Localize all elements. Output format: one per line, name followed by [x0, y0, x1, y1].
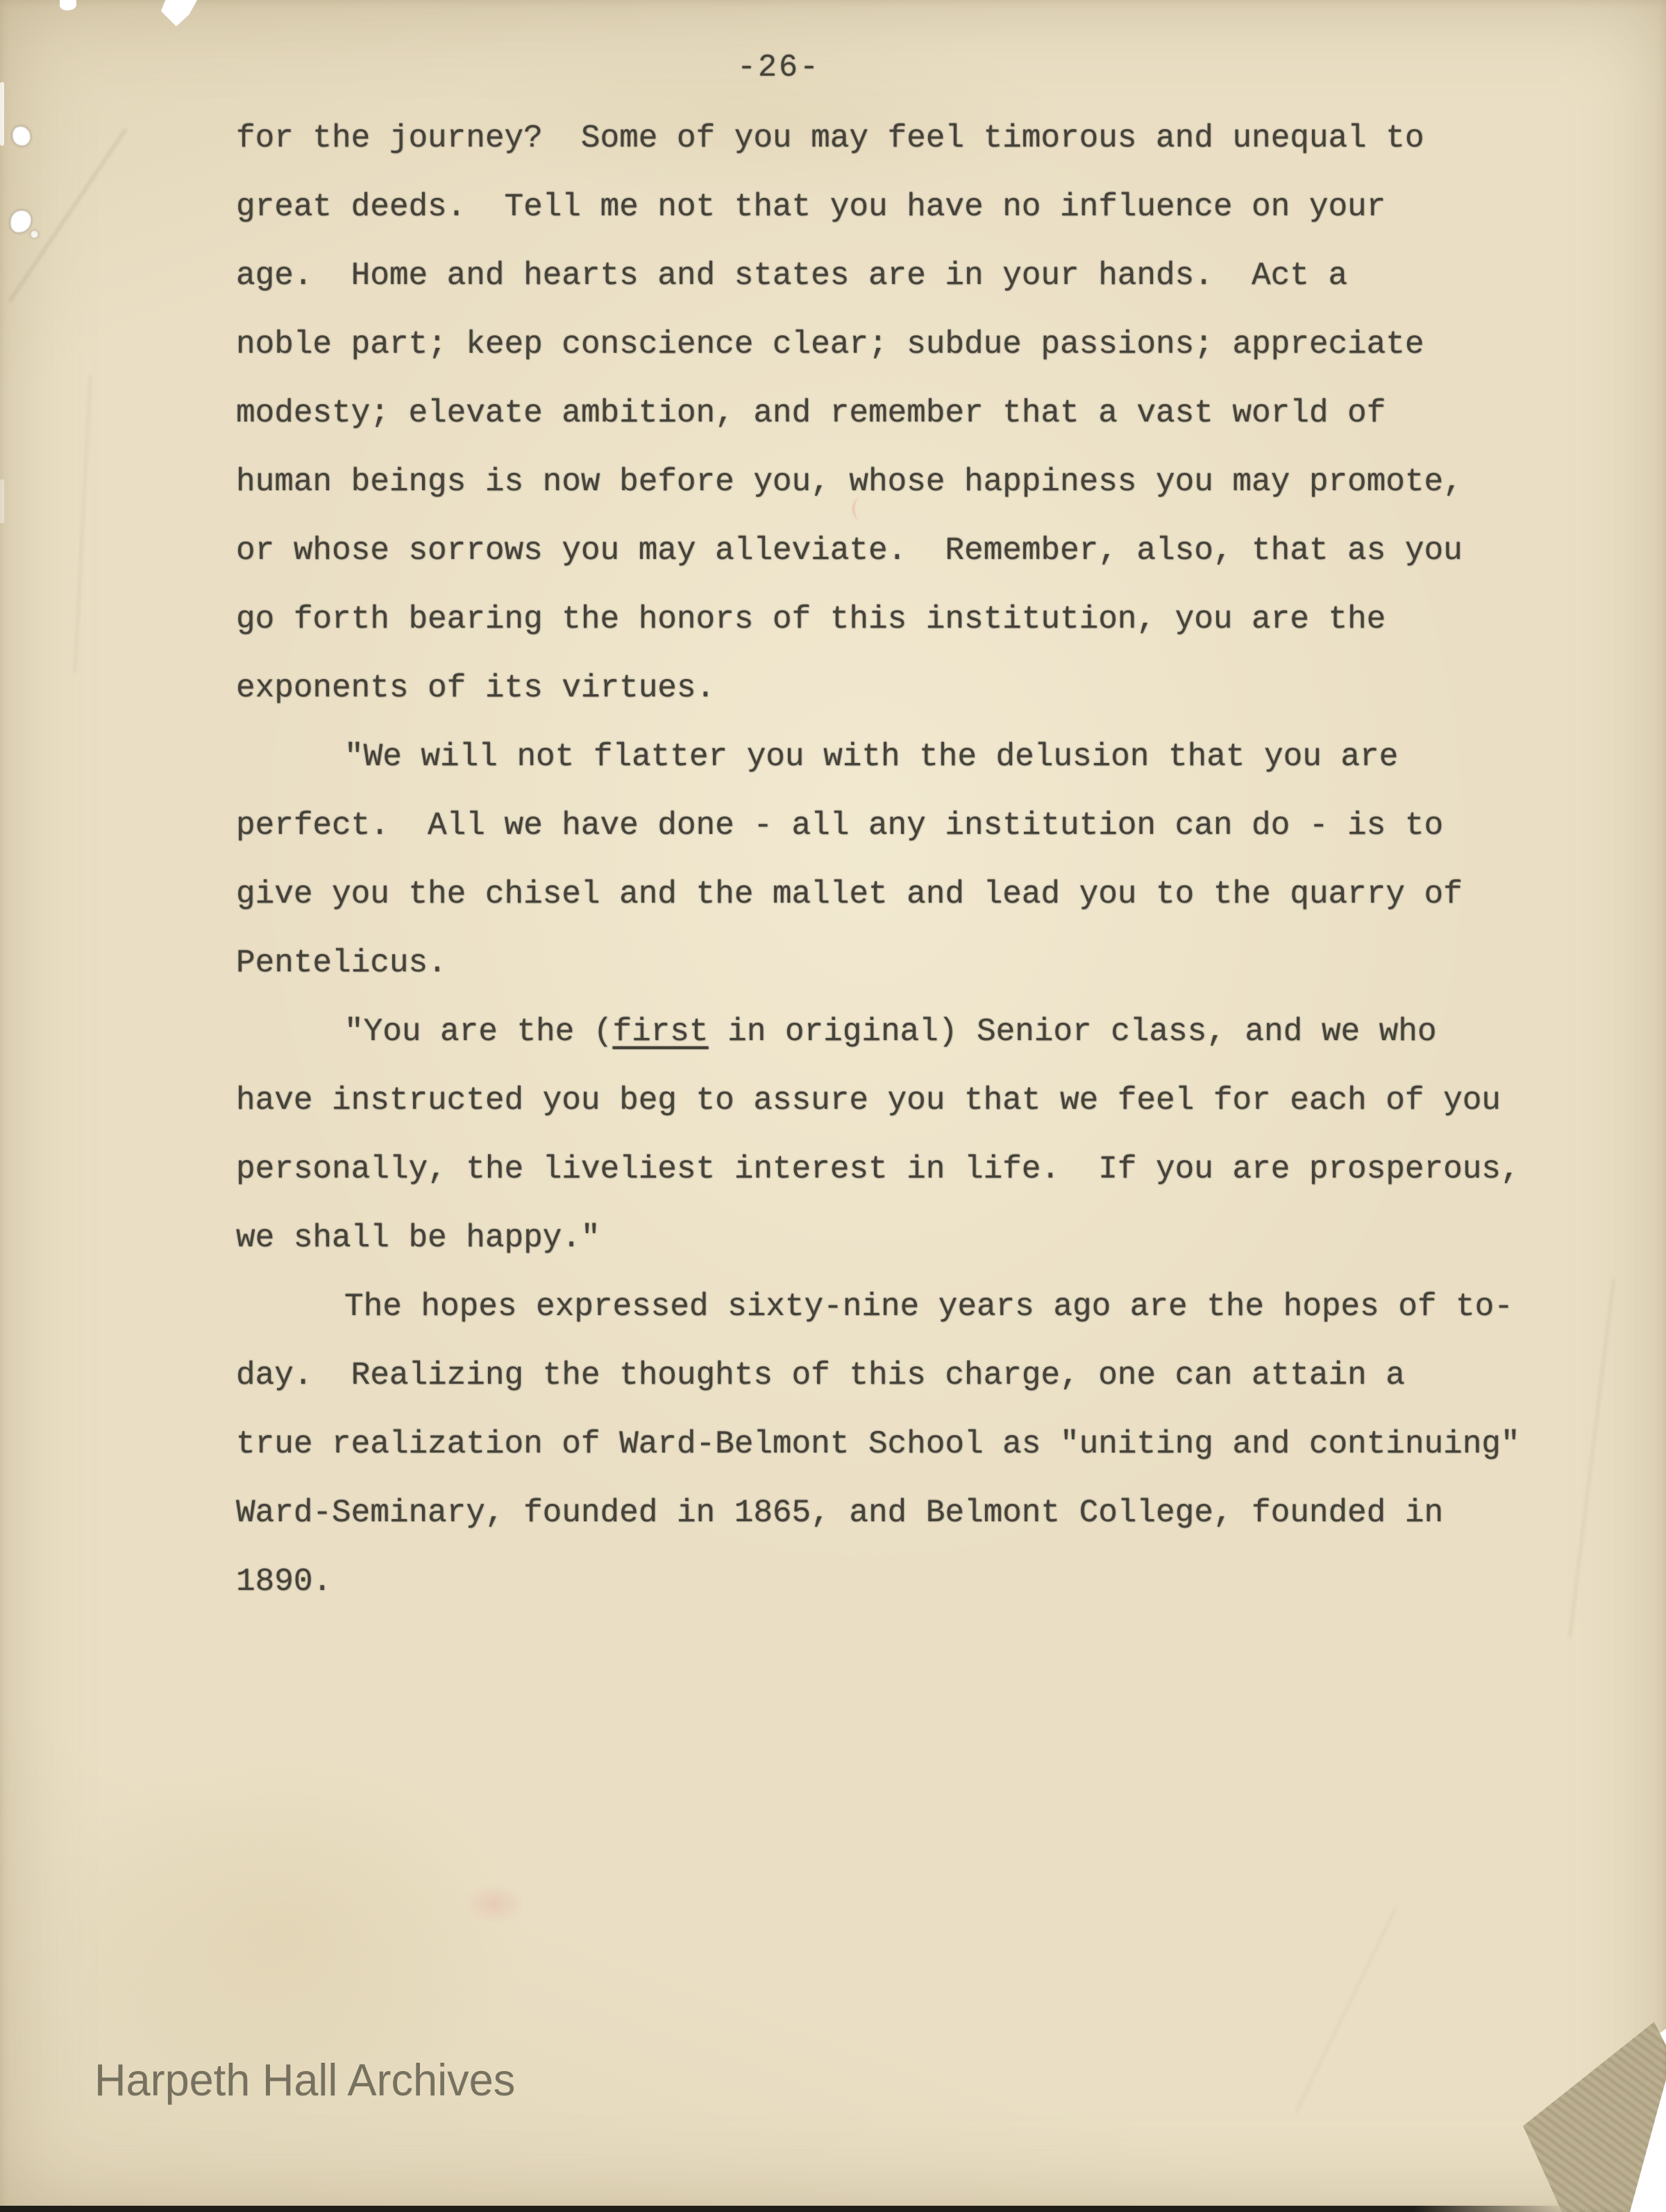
typed-line: great deeds. Tell me not that you have n… [236, 173, 1520, 242]
scan-bottom-edge [0, 2206, 1570, 2212]
document-page: -26- for the journey? Some of you may fe… [0, 0, 1666, 2212]
torn-corner-chip [60, 0, 76, 10]
archive-watermark: Harpeth Hall Archives [94, 2054, 515, 2106]
typed-line: 1890. [236, 1548, 1520, 1616]
paper-crease [1569, 1279, 1614, 1637]
typed-line: go forth bearing the honors of this inst… [236, 585, 1520, 654]
typed-line: for the journey? Some of you may feel ti… [236, 104, 1520, 173]
typed-line: true realization of Ward-Belmont School … [236, 1410, 1520, 1479]
typed-line: "You are the (first in original) Senior … [236, 998, 1520, 1066]
typed-line: have instructed you beg to assure you th… [236, 1066, 1520, 1135]
torn-edge-hole [12, 126, 31, 146]
torn-corner-chip [161, 0, 197, 26]
underlined-word: first [612, 1014, 708, 1050]
paper-stain [464, 1883, 526, 1925]
typed-line: or whose sorrows you may alleviate. Reme… [236, 517, 1520, 585]
typed-line: give you the chisel and the mallet and l… [236, 860, 1520, 929]
typed-line: Pentelicus. [236, 929, 1520, 998]
scan-canvas: -26- for the journey? Some of you may fe… [0, 0, 1666, 2212]
torn-edge-hole [0, 479, 4, 523]
torn-edge-hole [31, 231, 38, 238]
torn-edge-hole [0, 82, 4, 146]
typed-line: human beings is now before you, whose ha… [236, 448, 1520, 517]
typed-line: age. Home and hearts and states are in y… [236, 242, 1520, 310]
typed-line: "We will not flatter you with the delusi… [236, 723, 1520, 791]
page-number: -26- [737, 50, 821, 85]
typed-line: noble part; keep conscience clear; subdu… [236, 310, 1520, 379]
typed-line: exponents of its virtues. [236, 654, 1520, 723]
typed-line: personally, the liveliest interest in li… [236, 1135, 1520, 1204]
torn-edge-hole [10, 210, 31, 233]
paper-crease [1295, 1907, 1397, 2113]
typed-text-block: for the journey? Some of you may feel ti… [236, 104, 1520, 1616]
typed-line: we shall be happy." [236, 1204, 1520, 1273]
typed-line: The hopes expressed sixty-nine years ago… [236, 1273, 1520, 1341]
paper-crease [74, 375, 92, 673]
typed-line: Ward-Seminary, founded in 1865, and Belm… [236, 1479, 1520, 1548]
typed-line: modesty; elevate ambition, and remember … [236, 379, 1520, 448]
typed-line: perfect. All we have done - all any inst… [236, 791, 1520, 860]
typed-line: day. Realizing the thoughts of this char… [236, 1341, 1520, 1410]
